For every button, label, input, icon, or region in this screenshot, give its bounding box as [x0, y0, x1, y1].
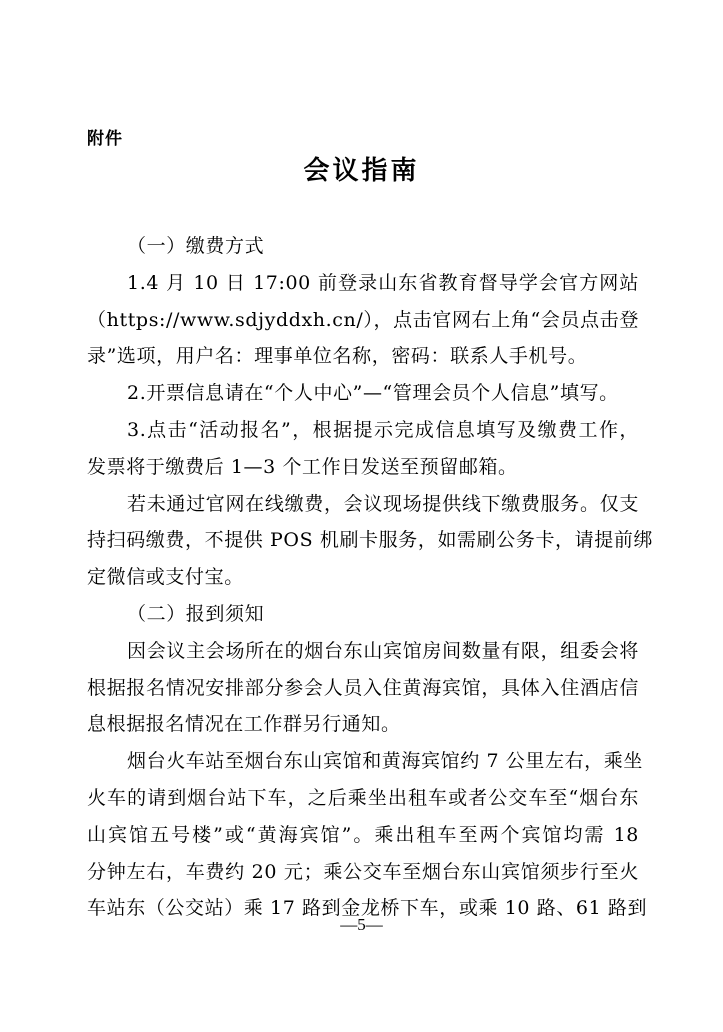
paragraph-line: 分钟左右，车费约 20 元；乘公交车至烟台东山宾馆须步行至火 — [87, 854, 639, 891]
paragraph-line: 1.4 月 10 日 17:00 前登录山东省教育督导学会官方网站 — [87, 265, 639, 302]
paragraph-line: 2.开票信息请在“个人中心”—“管理会员个人信息”填写。 — [87, 375, 639, 412]
paragraph-line: 息根据报名情况在工作群另行通知。 — [87, 706, 639, 743]
paragraph-line: 山宾馆五号楼”或“黄海宾馆”。乘出租车至两个宾馆均需 18 — [87, 817, 639, 854]
document-body: （一）缴费方式 1.4 月 10 日 17:00 前登录山东省教育督导学会官方网… — [87, 228, 639, 927]
paragraph-line: 因会议主会场所在的烟台东山宾馆房间数量有限，组委会将 — [87, 633, 639, 670]
paragraph-line: 根据报名情况安排部分参会人员入住黄海宾馆，具体入住酒店信 — [87, 670, 639, 707]
paragraph-line: 若未通过官网在线缴费，会议现场提供线下缴费服务。仅支 — [87, 486, 639, 523]
page-number: —5— — [0, 915, 723, 935]
section-heading-payment: （一）缴费方式 — [87, 228, 639, 265]
document-title: 会议指南 — [0, 150, 723, 187]
paragraph-line: 火车的请到烟台站下车，之后乘坐出租车或者公交车至“烟台东 — [87, 780, 639, 817]
document-page: 附件 会议指南 （一）缴费方式 1.4 月 10 日 17:00 前登录山东省教… — [0, 0, 723, 1032]
paragraph-line: 3.点击“活动报名”，根据提示完成信息填写及缴费工作， — [87, 412, 639, 449]
paragraph-line: 定微信或支付宝。 — [87, 559, 639, 596]
attachment-label: 附件 — [87, 124, 123, 149]
paragraph-line: 录”选项，用户名：理事单位名称，密码：联系人手机号。 — [87, 338, 639, 375]
paragraph-line: 发票将于缴费后 1—3 个工作日发送至预留邮箱。 — [87, 449, 639, 486]
paragraph-line: 烟台火车站至烟台东山宾馆和黄海宾馆约 7 公里左右，乘坐 — [87, 743, 639, 780]
paragraph-line: （https://www.sdjyddxh.cn/），点击官网右上角“会员点击登 — [87, 302, 639, 339]
paragraph-line: 持扫码缴费，不提供 POS 机刷卡服务，如需刷公务卡，请提前绑 — [87, 522, 639, 559]
section-heading-checkin: （二）报到须知 — [87, 596, 639, 633]
